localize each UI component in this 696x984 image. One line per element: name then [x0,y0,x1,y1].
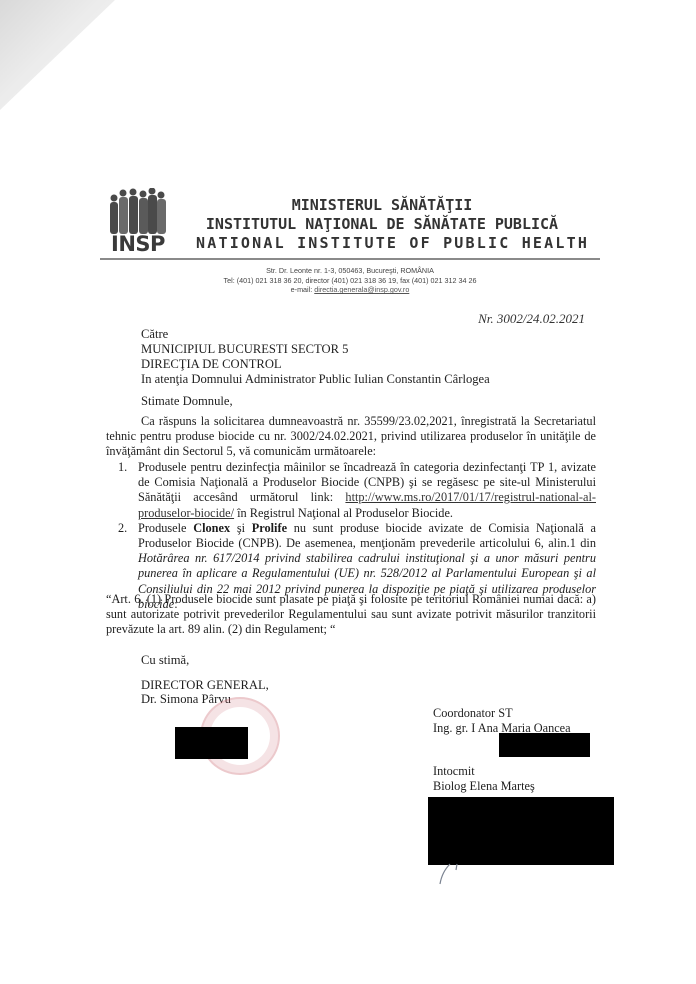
list-item: 1. Produsele pentru dezinfecţia mâinilor… [106,460,596,521]
recipient-block: Către MUNICIPIUL BUCURESTI SECTOR 5 DIRE… [141,327,490,387]
item-number: 2. [118,521,127,536]
article-quote: “Art. 6. (1) Produsele biocide sunt plas… [106,592,596,638]
numbered-list: 1. Produsele pentru dezinfecţia mâinilor… [106,460,596,612]
prepared-by-title: Intocmit [433,764,535,779]
product-name: Clonex [193,521,230,535]
redaction-box [175,727,248,759]
recipient-line-2: DIRECŢIA DE CONTROL [141,357,490,372]
item-text: în Registrul Naţional al Produselor Bioc… [234,506,453,520]
email-link[interactable]: directia.generala@insp.gov.ro [314,285,409,294]
director-title: DIRECTOR GENERAL, [141,678,269,692]
item-text: Produsele [138,521,193,535]
greeting: Stimate Domnule, [141,394,233,409]
address-line: Str. Dr. Leonte nr. 1-3, 050463, Bucureş… [180,266,520,276]
phone-line: Tel: (401) 021 318 36 20, director (401)… [180,276,520,286]
ministry-title: MINISTERUL SĂNĂTĂŢII [196,196,568,215]
reference-number: Nr. 3002/24.02.2021 [478,311,585,327]
letterhead-titles: MINISTERUL SĂNĂTĂŢII INSTITUTUL NAŢIONAL… [196,196,568,253]
email-label: e-mail: [291,285,313,294]
contact-info: Str. Dr. Leonte nr. 1-3, 050463, Bucureş… [180,266,520,295]
product-name: Prolife [252,521,287,535]
institute-title-en: NATIONAL INSTITUTE OF PUBLIC HEALTH [196,234,568,253]
coordinator-block: Coordonator ST Ing. gr. I Ana Maria Oanc… [433,706,571,736]
coordinator-title: Coordonator ST [433,706,571,721]
signature-stroke-icon [438,862,468,892]
header-divider [100,258,600,260]
item-number: 1. [118,460,127,475]
page-curl-corner [0,0,115,110]
redaction-box [499,733,590,757]
closing: Cu stimă, [141,653,189,668]
insp-logo: INSP [104,188,172,258]
logo-text: INSP [104,232,172,256]
intro-paragraph: Ca răspuns la solicitarea dumneavoastră … [106,414,596,459]
prepared-by-name: Biolog Elena Marteş [433,779,535,794]
redaction-box [428,797,614,865]
item-text: şi [230,521,252,535]
to-label: Către [141,327,490,342]
recipient-line-3: In atenţia Domnului Administrator Public… [141,372,490,387]
recipient-line-1: MUNICIPIUL BUCURESTI SECTOR 5 [141,342,490,357]
people-silhouette-icon [106,188,170,234]
institute-title-ro: INSTITUTUL NAŢIONAL DE SĂNĂTATE PUBLICĂ [196,215,568,234]
prepared-by-block: Intocmit Biolog Elena Marteş [433,764,535,794]
